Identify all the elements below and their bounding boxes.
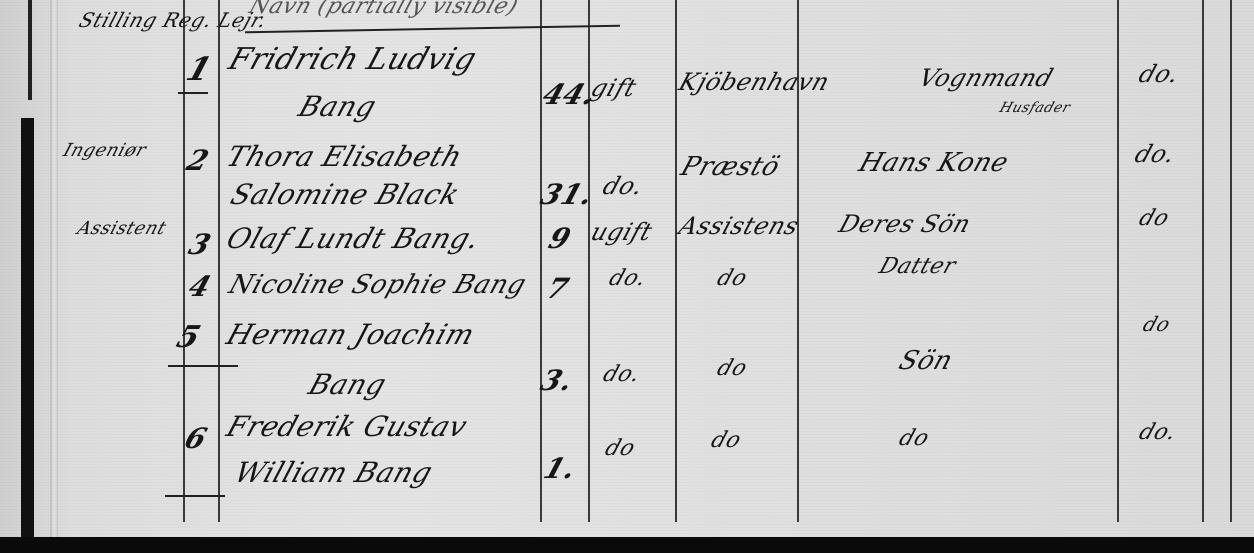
binding-edge <box>21 118 34 537</box>
name: Thora Elisabeth <box>223 140 467 173</box>
birthplace: Kjöbenhavn <box>675 68 833 96</box>
birthplace: Præstö <box>677 152 784 182</box>
column-rule <box>1117 0 1119 522</box>
column-rule <box>1202 0 1204 522</box>
name: Nicoline Sophie Bang <box>225 270 530 300</box>
birthplace: do <box>708 428 744 453</box>
last-column: do. <box>1136 420 1180 445</box>
last-column: do. <box>1131 140 1179 168</box>
margin-note: Ingeniør <box>61 140 149 161</box>
age: 3. <box>537 364 578 397</box>
column-rule <box>1230 0 1232 522</box>
column-rule <box>218 0 220 522</box>
name: Frederik Gustav <box>223 410 472 443</box>
relation: Vognmand <box>915 64 1056 92</box>
name: William Bang <box>231 456 437 489</box>
margin-note: Assistent <box>75 218 170 239</box>
age: 1. <box>540 452 581 485</box>
last-column: do. <box>1135 60 1183 88</box>
relation: do <box>896 426 932 451</box>
marital-status: do. <box>606 266 650 291</box>
age: 31. <box>537 178 598 211</box>
margin-note: Stilling Reg. Lejr. <box>76 8 270 32</box>
name: Bang <box>305 368 391 401</box>
relation: Hans Kone <box>855 148 1012 178</box>
row-number: 2 <box>183 144 214 177</box>
scan-border <box>0 537 1254 553</box>
row-number: 3 <box>185 228 216 261</box>
age: 7 <box>543 272 574 305</box>
page-edge <box>50 0 58 537</box>
row-divider <box>165 495 225 497</box>
relation: Deres Sön <box>835 210 974 238</box>
last-column: do <box>1136 206 1172 231</box>
relation: Datter <box>876 254 959 279</box>
marital-status: ugift <box>587 218 656 246</box>
name: Olaf Lundt Bang. <box>223 222 484 255</box>
binding-edge <box>28 0 32 100</box>
last-column: do <box>1140 312 1174 336</box>
row-number: 6 <box>181 422 212 455</box>
marital-status: do. <box>600 362 644 387</box>
census-page: Navn (partially visible) Stilling Reg. L… <box>0 0 1254 537</box>
relation: Sön <box>895 346 956 376</box>
name: Salomine Black <box>227 178 464 211</box>
marital-status: gift <box>587 74 640 102</box>
name: Fridrich Ludvig <box>224 42 481 77</box>
row-divider <box>178 92 208 94</box>
column-rule <box>540 0 542 522</box>
marital-status: do <box>602 436 638 461</box>
row-divider <box>168 365 238 367</box>
age: 9 <box>545 222 576 255</box>
header-underline <box>245 25 620 34</box>
name: Herman Joachim <box>223 318 479 351</box>
birthplace: Assistens <box>675 212 802 240</box>
column-header: Navn (partially visible) <box>246 0 521 19</box>
row-number: 4 <box>185 270 216 303</box>
marital-status: do. <box>599 172 647 200</box>
row-number: 5 <box>172 320 205 355</box>
name: Bang <box>295 90 381 123</box>
birthplace: do <box>714 356 750 381</box>
relation-note: Husfader <box>997 100 1072 116</box>
row-number: 1 <box>182 50 217 88</box>
birthplace: do <box>714 266 750 291</box>
column-rule <box>675 0 677 522</box>
